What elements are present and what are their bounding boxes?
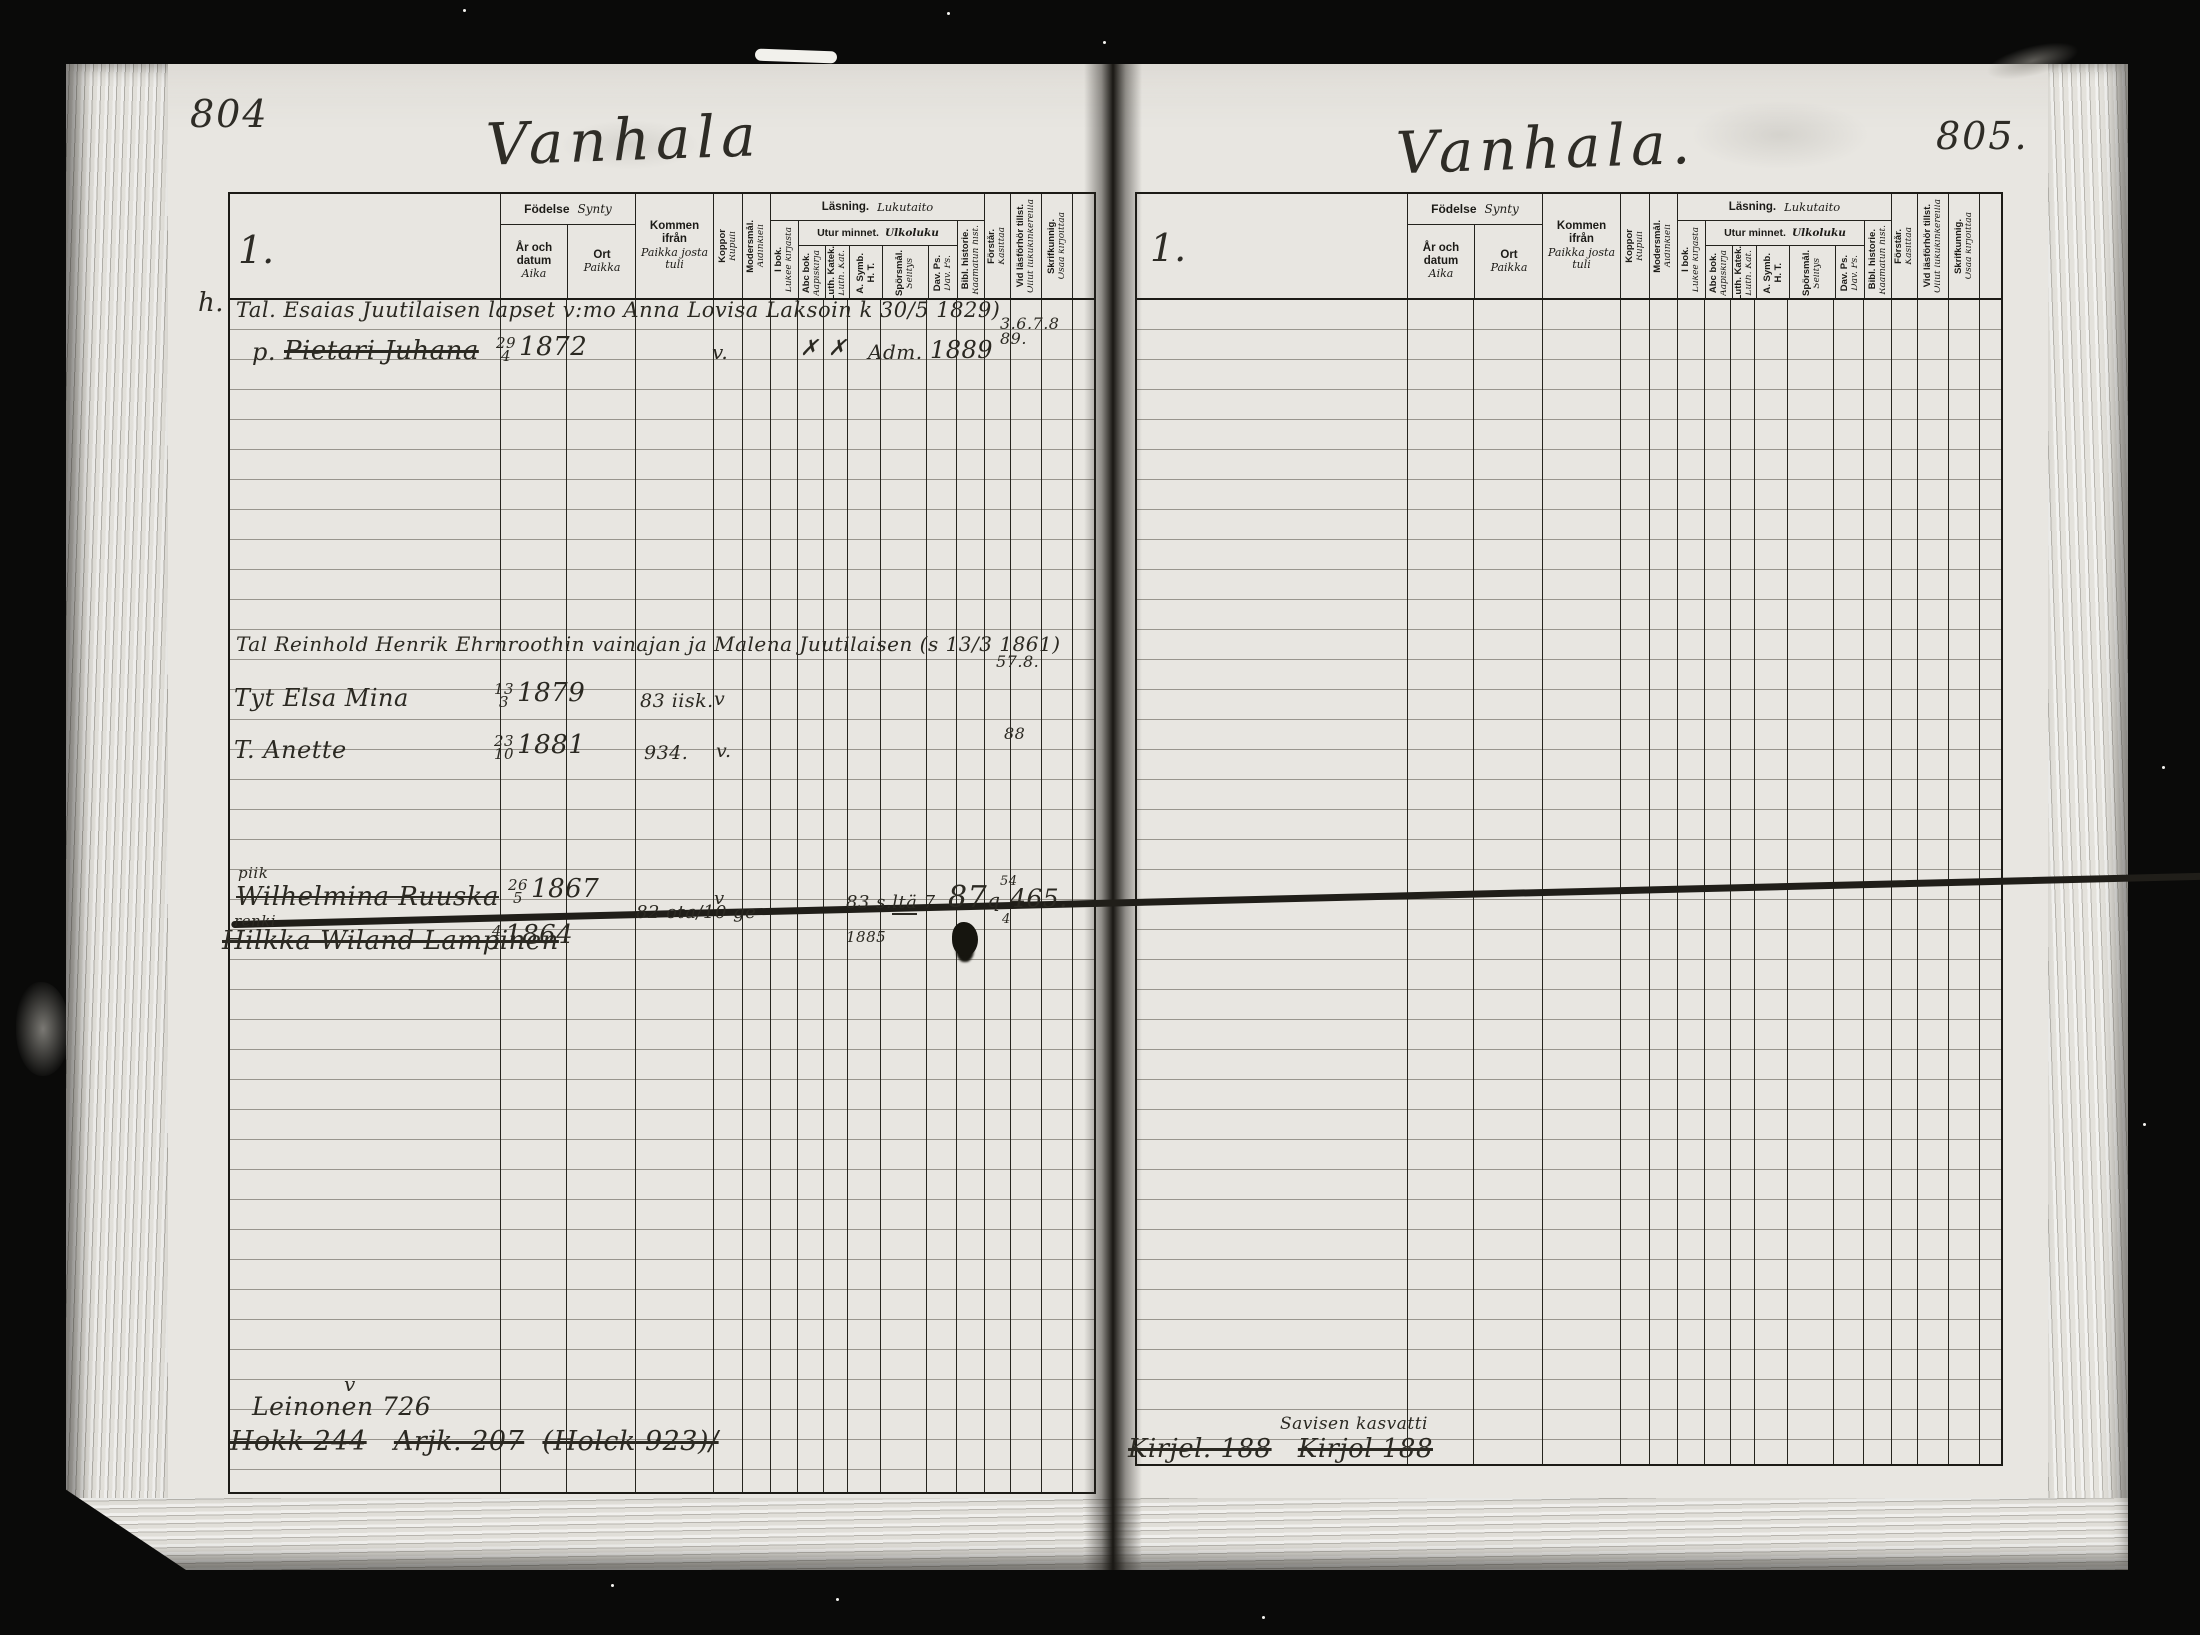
header-smallpox: KopporRupuli	[1620, 194, 1649, 298]
header-psalms: Dav. Ps.Dav. Ps.	[1835, 246, 1865, 300]
header-synty: Synty	[578, 202, 612, 216]
dust-speck	[463, 9, 466, 12]
dust-speck	[2162, 766, 2165, 769]
header-questions: Spörsmål.Selitys	[882, 246, 928, 300]
entry-note: 934.	[644, 742, 688, 764]
entry-family2-page-ref: 57.8.	[996, 652, 1039, 671]
entry-note: 4	[1002, 912, 1011, 927]
footer-note: Savisen kasvatti	[1280, 1414, 1428, 1434]
header-bible-history: Bibl. historie.Raamatun hist.	[1864, 221, 1892, 298]
header-mother-tongue: Modersmål.Äidinkieli	[1649, 194, 1677, 298]
entry-birth-date: 2651867	[508, 874, 599, 905]
entry-note: 83 s.ltä 7	[846, 892, 936, 913]
scanned-register-spread: 804 Vanhala Vanhala. 805. 1. 1. h. Födel…	[0, 0, 2200, 1635]
header-place: OrtPaikka	[567, 225, 636, 298]
header-understands: Förstår.Käsittää	[1891, 194, 1917, 298]
table-header: FödelseSynty År och datumAika OrtPaikka …	[1137, 194, 2001, 300]
entry-page-ref: 88	[1004, 724, 1025, 743]
entry-note: 1885	[846, 928, 886, 946]
page-title-right: Vanhala.	[1395, 109, 1697, 187]
header-luth-catechism: Luth. Katek.Luth. Kat.	[1732, 246, 1756, 300]
table-header: FödelseSynty År och datumAika OrtPaikka …	[230, 194, 1094, 300]
header-year-date: År och datumAika	[501, 225, 567, 298]
header-abc-book: Abc bok.Aapiskirja	[799, 246, 825, 300]
entry-child-name: T. Anette	[234, 736, 347, 764]
header-symb: A. Symb.H. T.	[849, 246, 882, 300]
header-fodelse: Födelse	[524, 202, 569, 216]
entry-child-name-struck: Pietari Juhana	[284, 336, 479, 366]
header-luth-catechism: Luth. Katek.Luth. Kat.	[825, 246, 849, 300]
header-year-date: År och datumAika	[1408, 225, 1474, 298]
header-questions: Spörsmål.Selitys	[1789, 246, 1835, 300]
entry-child-name: Tyt Elsa Mina	[234, 684, 409, 712]
memory-group-header: Utur minnet.Ulkoluku Abc bok.Aapiskirja …	[798, 221, 957, 298]
entry-birth-date: 1331879	[494, 678, 585, 709]
entry-child-prefix: p.	[252, 338, 276, 366]
margin-mark: h.	[198, 288, 224, 318]
birth-group-header: FödelseSynty År och datumAika OrtPaikka	[500, 194, 635, 298]
footer-reference: Leinonen 726	[252, 1392, 431, 1421]
entry-note: 465.	[1010, 884, 1068, 913]
entry-family1-headline: Tal. Esaias Juutilaisen lapset v:mo Anna…	[236, 298, 1000, 322]
blank-column-header	[1979, 194, 2001, 298]
reading-group-header: Läsning.Lukutaito I bok.Lukee kirjasta U…	[770, 194, 984, 298]
footer-struck-references: Kirjel. 188 Kirjol 188	[1128, 1434, 1433, 1464]
header-attended-examination: Vid läsförhör tillst.Ollut lukukinkereil…	[1010, 194, 1041, 298]
reading-group-header: Läsning.Lukutaito I bok.Lukee kirjasta U…	[1677, 194, 1891, 298]
page-stack-edge-right	[2048, 64, 2128, 1570]
dust-speck	[1262, 1616, 1265, 1619]
page-title-left: Vanhala	[485, 101, 763, 179]
page-number-left: 804	[190, 92, 269, 136]
tick-mark: v.	[712, 340, 728, 364]
entry-note: 82 ota/10 ge	[636, 902, 756, 923]
header-place: OrtPaikka	[1474, 225, 1543, 298]
header-understands: Förstår.Käsittää	[984, 194, 1010, 298]
page-stack-edge-left	[66, 64, 168, 1570]
header-attended-examination: Vid läsförhör tillst.Ollut lukukinkereil…	[1917, 194, 1948, 298]
smudge	[16, 982, 70, 1076]
entry-occupation: piik	[238, 864, 268, 882]
dust-speck	[947, 12, 950, 15]
memory-group-header: Utur minnet.Ulkoluku Abc bok.Aapiskirja …	[1705, 221, 1864, 298]
entry-family2-headline: Tal Reinhold Henrik Ehrnroothin vainajan…	[236, 632, 1061, 656]
header-smallpox: KopporRupuli	[713, 194, 742, 298]
page-number-right: 805.	[1936, 114, 2029, 158]
entry-birth-date: 411864	[492, 920, 573, 951]
tick-mark: v	[714, 888, 725, 909]
footer-struck-references: Hokk 244 Arjk. 207 (Holck 923)/	[230, 1426, 719, 1457]
header-bible-history: Bibl. historie.Raamatun hist.	[957, 221, 985, 298]
register-table-right: FödelseSynty År och datumAika OrtPaikka …	[1135, 192, 2003, 1466]
paper-sliver	[755, 49, 837, 64]
header-abc-book: Abc bok.Aapiskirja	[1706, 246, 1732, 300]
entry-birth-date: 23101881	[494, 730, 585, 761]
header-mother-tongue: Modersmål.Äidinkieli	[742, 194, 770, 298]
tick-mark: v	[714, 688, 725, 710]
entry-family1-page-refs: 3.6.7.889.	[1000, 316, 1059, 346]
header-in-book: I bok.Lukee kirjasta	[771, 221, 798, 298]
dust-speck	[1103, 41, 1106, 44]
header-symb: A. Symb.H. T.	[1756, 246, 1789, 300]
admission-year: 1889	[930, 336, 993, 364]
cross-mark: ✗	[828, 336, 847, 361]
entry-birth-date: 2941872	[496, 332, 587, 363]
entry-note: 83 iisk.	[640, 690, 714, 712]
register-table-left: FödelseSynty År och datumAika OrtPaikka …	[228, 192, 1096, 1494]
binding-gutter-shadow	[1084, 64, 1142, 1570]
cross-mark: ✗	[800, 336, 819, 361]
header-psalms: Dav. Ps.Dav. Ps.	[928, 246, 958, 300]
header-can-write: Skrifkunnig.Osaa kirjoittaa	[1948, 194, 1979, 298]
header-come-from: Kommen ifrånPaikka josta tuli	[635, 194, 713, 298]
dust-speck	[2143, 1123, 2146, 1126]
birth-group-header: FödelseSynty År och datumAika OrtPaikka	[1407, 194, 1542, 298]
dust-speck	[611, 1584, 614, 1587]
ink-blot	[952, 922, 978, 956]
header-in-book: I bok.Lukee kirjasta	[1678, 221, 1705, 298]
farm-number-left: 1.	[238, 228, 274, 272]
ink-bleedthrough	[1690, 100, 1870, 170]
admission-note: Adm.	[868, 340, 923, 364]
header-come-from: Kommen ifrånPaikka josta tuli	[1542, 194, 1620, 298]
header-can-write: Skrifkunnig.Osaa kirjoittaa	[1041, 194, 1072, 298]
entry-note: 87q	[948, 880, 1001, 915]
dust-speck	[836, 1598, 839, 1601]
farm-number-right: 1.	[1150, 226, 1186, 270]
tick-mark: v.	[716, 740, 732, 762]
